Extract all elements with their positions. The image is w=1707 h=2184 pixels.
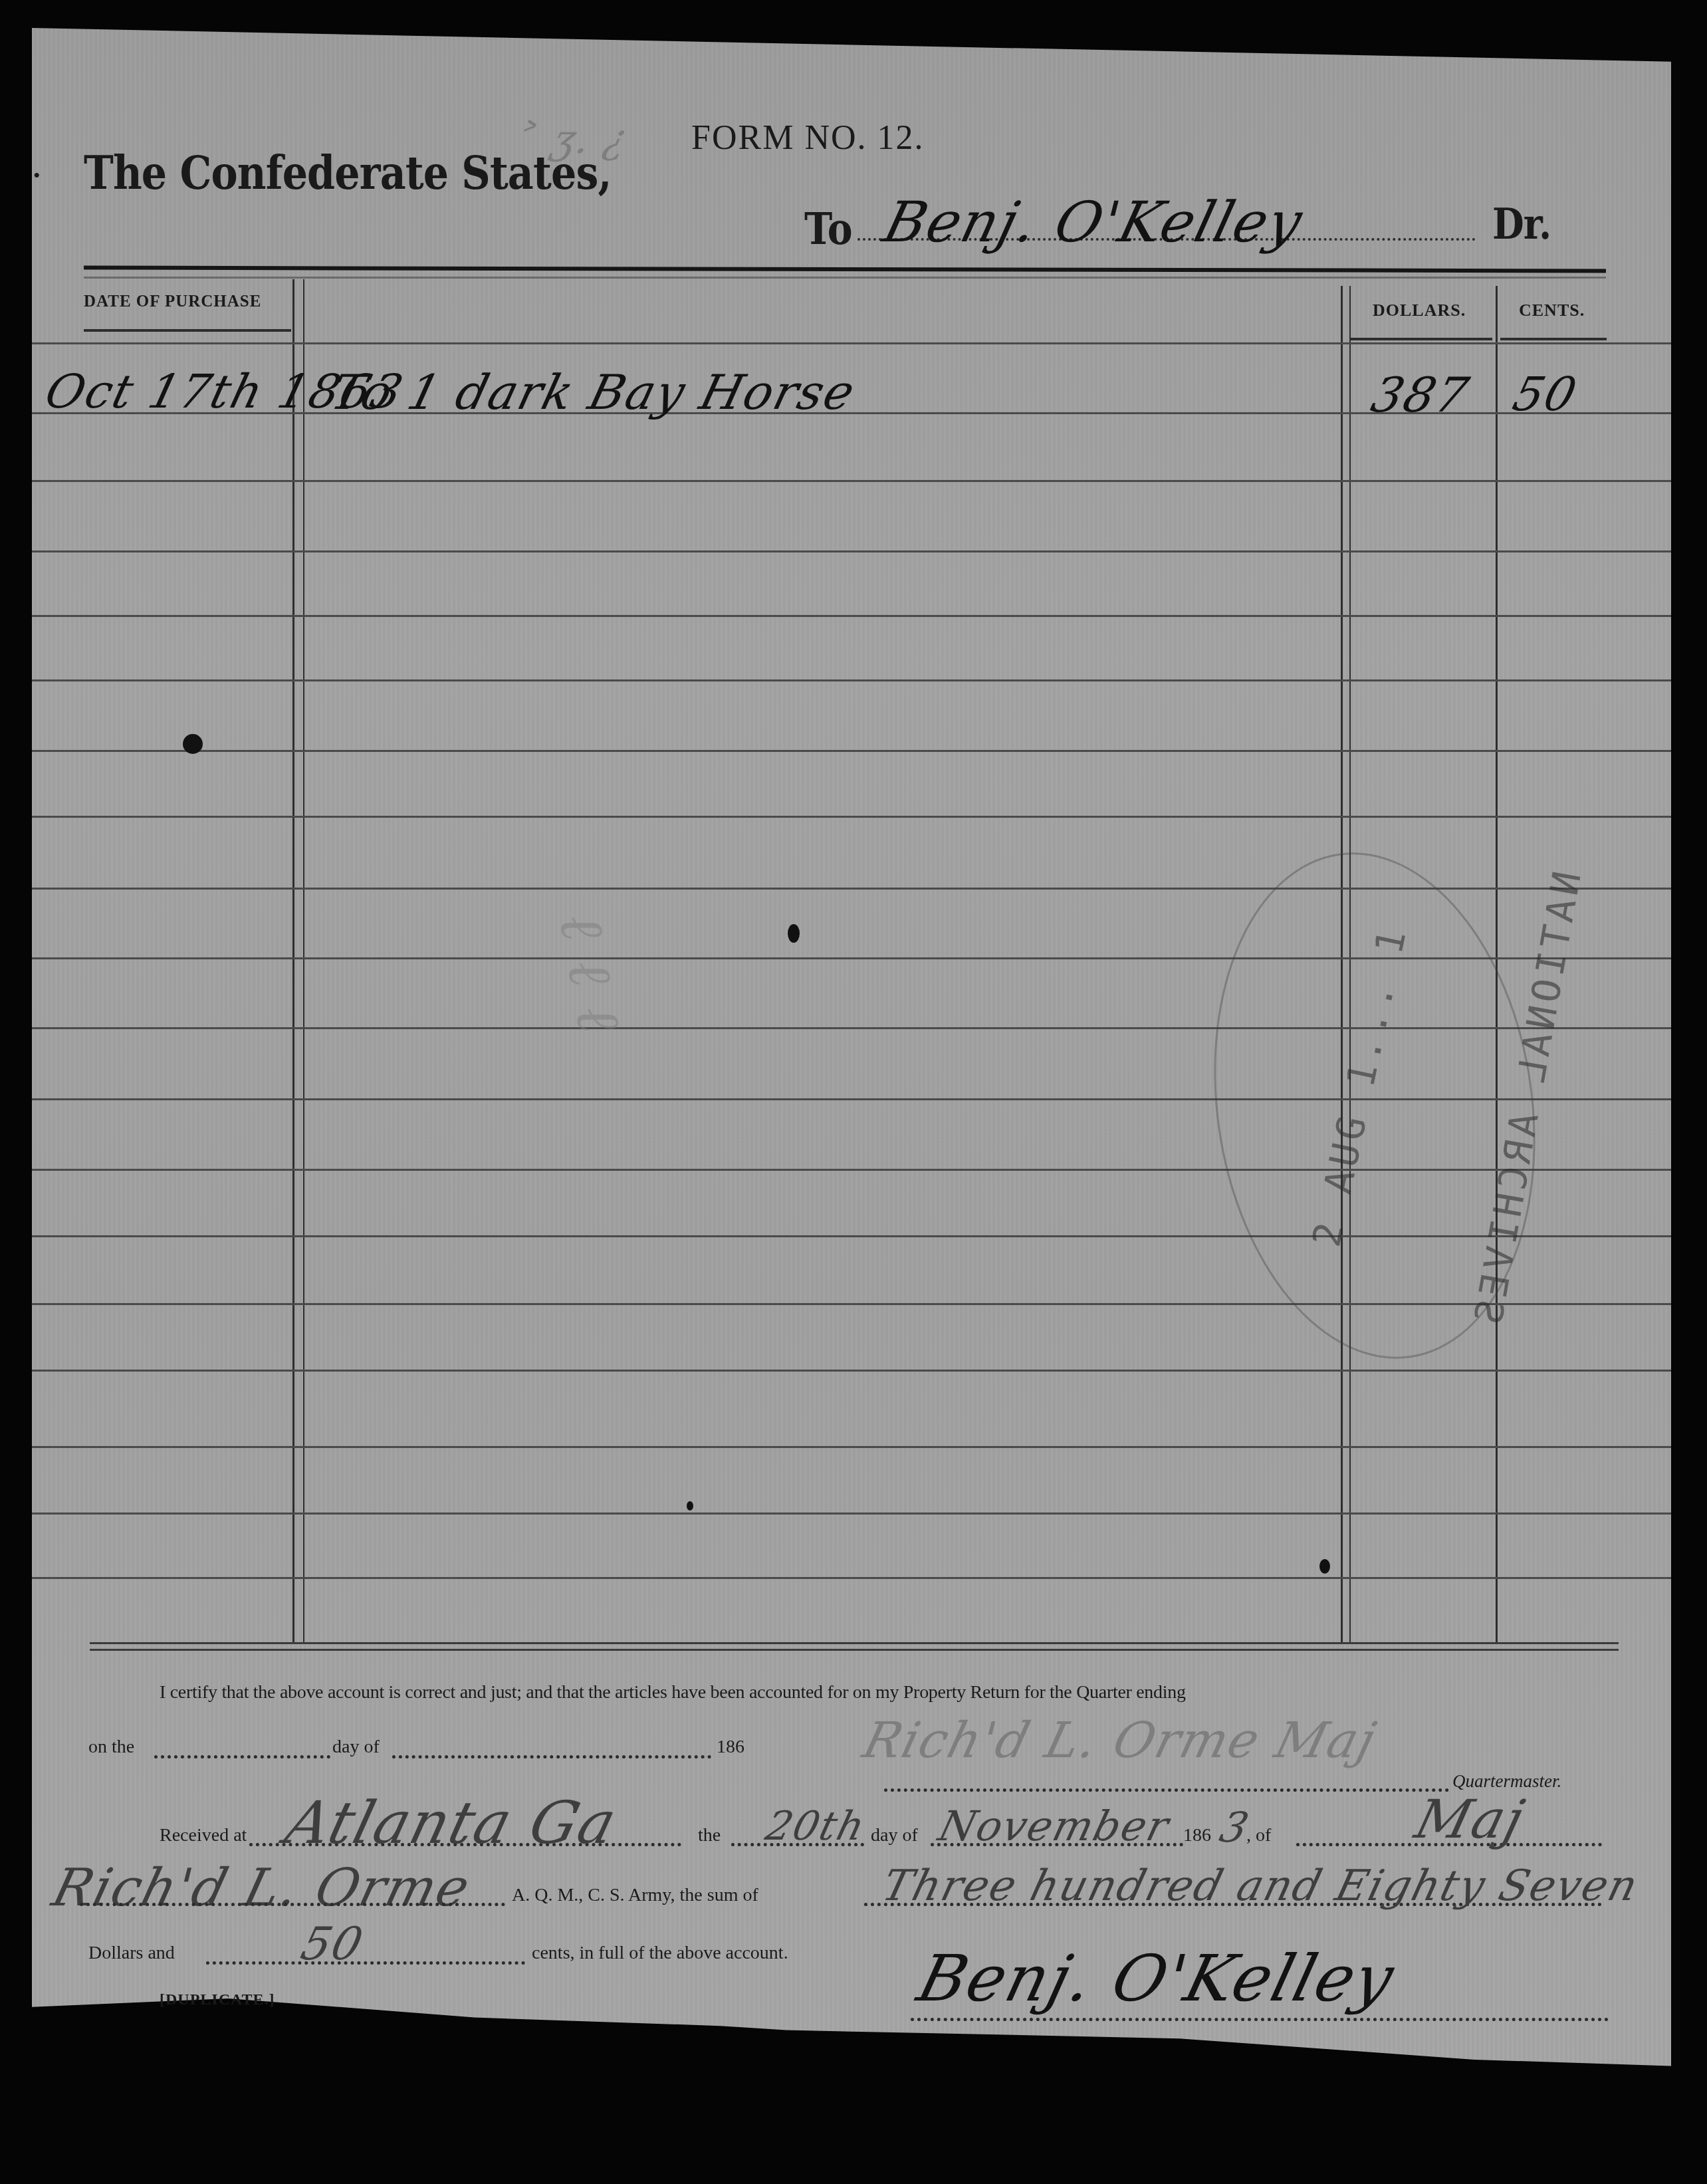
receipt-year-prefix: 186 — [1183, 1825, 1211, 1846]
to-label: To — [804, 203, 852, 255]
receipt-the-label: the — [698, 1825, 721, 1846]
cert-year-prefix: 186 — [717, 1737, 744, 1758]
debtor-abbrev: Dr. — [1492, 199, 1551, 249]
dollars-header-underline — [1349, 338, 1492, 340]
received-at-value: Atlanta Ga — [279, 1788, 624, 1857]
row-description: To 1 dark Bay Horse — [326, 364, 861, 420]
column-header-dollars: DOLLARS. — [1373, 301, 1466, 320]
cert-on-the-label: on the — [88, 1737, 134, 1758]
ink-spot — [183, 734, 203, 754]
quartermaster-signature-line — [884, 1788, 1449, 1792]
receipt-sum-words: Three hundred and Eighty Seven — [877, 1862, 1644, 1911]
receipt-cents-line — [206, 1961, 525, 1965]
cert-day-of-label: day of — [332, 1737, 380, 1758]
row-dollars: 387 — [1366, 367, 1475, 423]
header-thin-rule — [84, 277, 1606, 279]
cert-day-blank — [154, 1755, 330, 1759]
cents-header-underline — [1500, 338, 1607, 340]
date-column-divider-2 — [303, 279, 304, 1642]
ink-spot — [1319, 1559, 1330, 1574]
table-bottom-rule-2 — [90, 1649, 1619, 1651]
margin-mark: • — [33, 165, 41, 187]
form-number: FORM NO. 12. — [691, 118, 925, 158]
receipt-officer-name-line — [80, 1903, 505, 1906]
dollars-and-label: Dollars and — [88, 1943, 175, 1964]
receipt-cents-label: cents, in full of the above account. — [532, 1943, 788, 1964]
quartermaster-signature: Rich'd L. Orme Maj — [857, 1712, 1383, 1769]
payee-signature-line — [911, 2018, 1609, 2021]
receipt-day-value: 20th — [761, 1803, 871, 1850]
received-at-label: Received at — [160, 1825, 247, 1846]
receipt-day-of-label: day of — [871, 1825, 918, 1846]
column-header-cents: CENTS. — [1519, 301, 1585, 320]
receipt-officer-title: A. Q. M., C. S. Army, the sum of — [512, 1885, 758, 1906]
receipt-officer-rank: Maj — [1409, 1788, 1532, 1850]
cert-month-blank — [392, 1755, 711, 1759]
receipt-officer-name: Rich'd L. Orme — [47, 1858, 477, 1918]
receipt-of-label: , of — [1246, 1825, 1271, 1846]
certification-statement: I certify that the above account is corr… — [160, 1682, 1186, 1703]
payee-name: Benj. O'Kelley — [877, 189, 1309, 255]
column-header-date: DATE OF PURCHASE — [84, 293, 261, 311]
table-bottom-rule — [90, 1642, 1619, 1644]
pencil-mark: ˃ ʒ. ¿ — [512, 116, 633, 163]
ink-spot — [687, 1501, 693, 1511]
duplicate-label: [DUPLICATE.] — [160, 1991, 275, 2009]
date-column-divider — [292, 279, 294, 1642]
receipt-month-value: November — [934, 1802, 1175, 1850]
cents-column-divider — [1496, 286, 1498, 1642]
payee-signature: Benj. O'Kelley — [911, 1941, 1402, 2016]
date-header-underline — [84, 329, 291, 332]
ink-spot — [788, 924, 800, 943]
